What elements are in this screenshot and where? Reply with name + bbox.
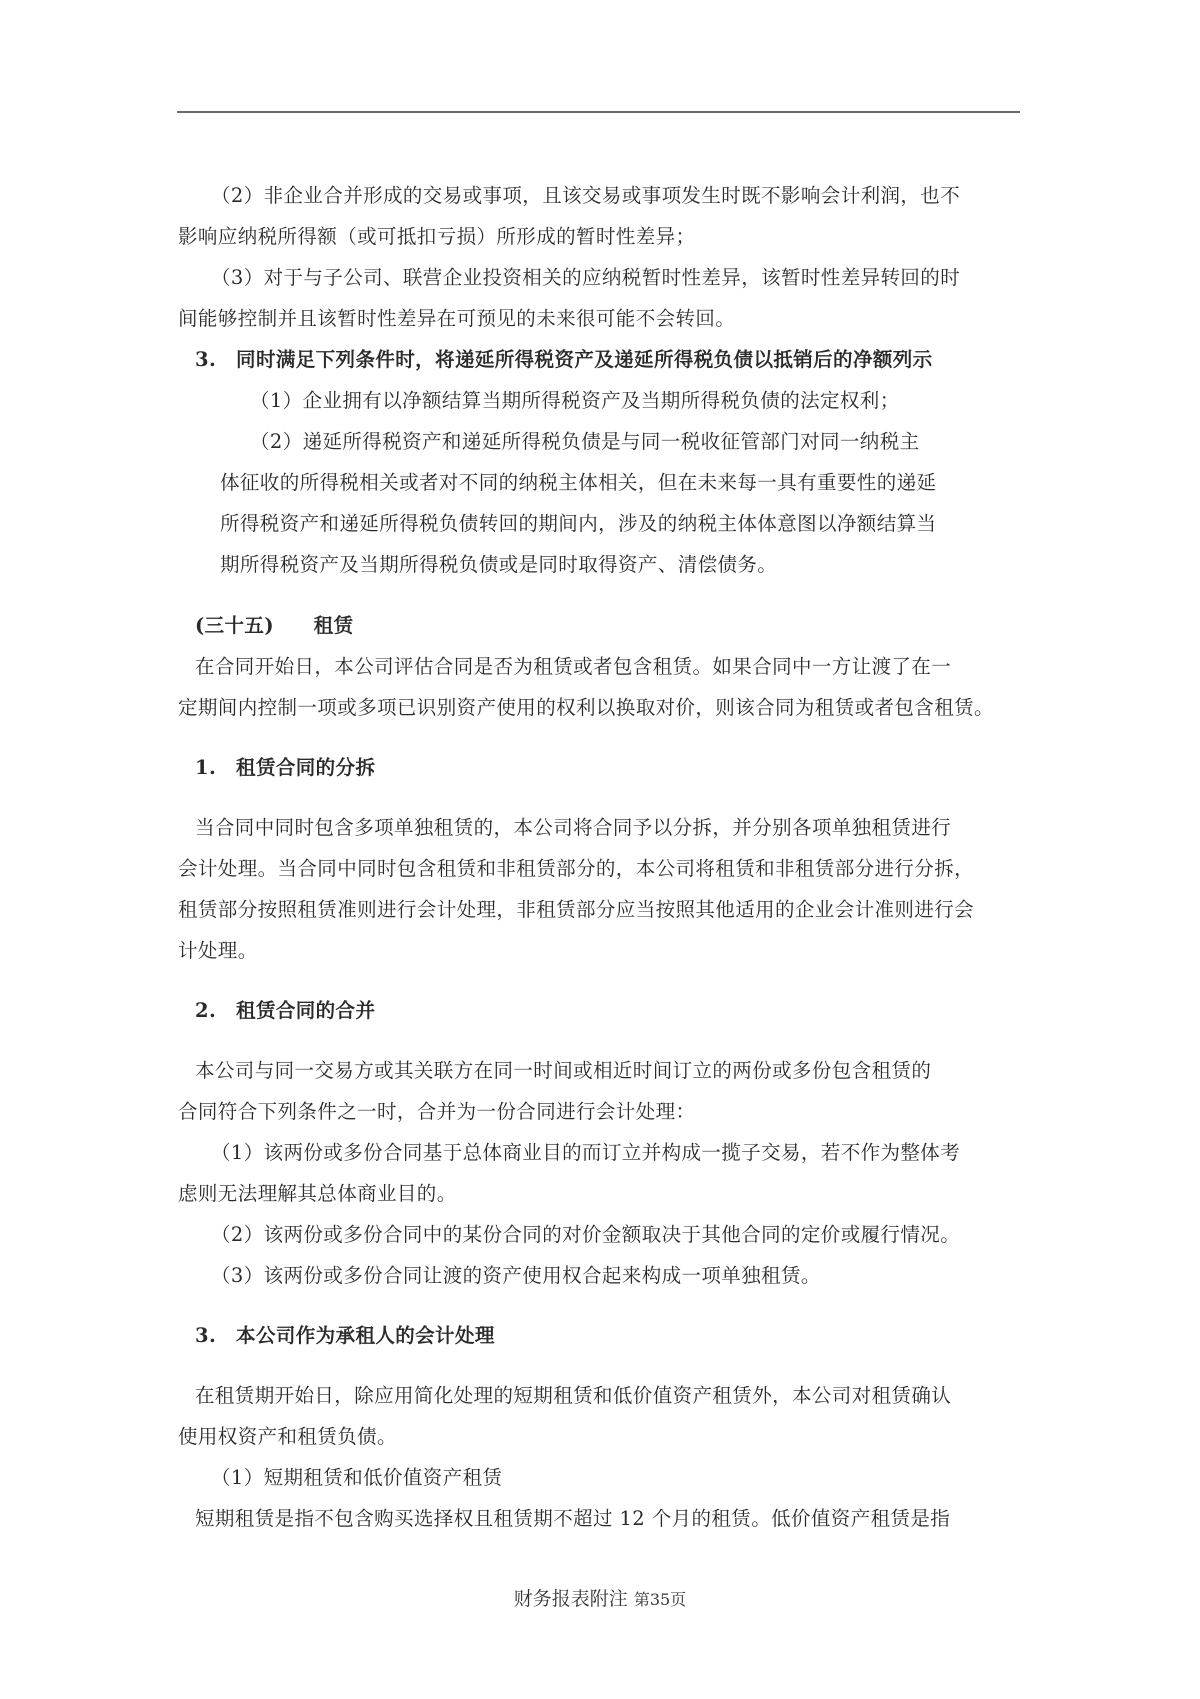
text-line: （2）非企业合并形成的交易或事项，且该交易或事项发生时既不影响会计利润，也不 [211, 183, 960, 209]
text-line: 虑则无法理解其总体商业目的。 [178, 1181, 457, 1207]
text-line: 在合同开始日，本公司评估合同是否为租赁或者包含租赁。如果合同中一方让渡了在一 [195, 654, 951, 680]
text-line: 间能够控制并且该暂时性差异在可预见的未来很可能不会转回。 [178, 306, 735, 332]
subsection-heading: 2. 租赁合同的合并 [195, 998, 375, 1024]
text-line: （2）递延所得税资产和递延所得税负债是与同一税收征管部门对同一纳税主 [250, 429, 920, 455]
page-footer: 财务报表附注第35页 [0, 1584, 1200, 1611]
page-number: 第35页 [634, 1590, 686, 1609]
text-line: 期所得税资产及当期所得税负债或是同时取得资产、清偿债务。 [220, 552, 777, 578]
text-line: 本公司与同一交易方或其关联方在同一时间或相近时间订立的两份或多份包含租赁的 [195, 1058, 931, 1084]
text-line: （3）该两份或多份合同让渡的资产使用权合起来构成一项单独租赁。 [211, 1263, 821, 1289]
text-line: 租赁部分按照租赁准则进行会计处理，非租赁部分应当按照其他适用的企业会计准则进行会 [178, 897, 974, 923]
text-line: 所得税资产和递延所得税负债转回的期间内，涉及的纳税主体体意图以净额结算当 [220, 511, 936, 537]
text-line: 计处理。 [178, 938, 258, 964]
section-title: (三十五) 租赁 [195, 613, 354, 639]
text-line: 会计处理。当合同中同时包含租赁和非租赁部分的，本公司将租赁和非租赁部分进行分拆， [178, 856, 974, 882]
text-line: 合同符合下列条件之一时，合并为一份合同进行会计处理： [178, 1099, 695, 1125]
section-heading: 3. 同时满足下列条件时，将递延所得税资产及递延所得税负债以抵销后的净额列示 [195, 347, 933, 373]
footer-title: 财务报表附注 [514, 1588, 628, 1610]
text-line: 短期租赁是指不包含购买选择权且租赁期不超过 12 个月的租赁。低价值资产租赁是指 [195, 1506, 950, 1532]
text-line: （2）该两份或多份合同中的某份合同的对价金额取决于其他合同的定价或履行情况。 [211, 1222, 960, 1248]
text-line: 在租赁期开始日，除应用简化处理的短期租赁和低价值资产租赁外，本公司对租赁确认 [195, 1383, 951, 1409]
subsection-heading: 1. 租赁合同的分拆 [195, 755, 375, 781]
text-line: 影响应纳税所得额（或可抵扣亏损）所形成的暂时性差异； [178, 224, 695, 250]
text-line: 定期间内控制一项或多项已识别资产使用的权利以换取对价，则该合同为租赁或者包含租赁… [178, 695, 994, 721]
header-rule [177, 111, 1020, 113]
text-line: 使用权资产和租赁负债。 [178, 1424, 397, 1450]
text-line: （1）短期租赁和低价值资产租赁 [211, 1465, 502, 1491]
text-line: （1）企业拥有以净额结算当期所得税资产及当期所得税负债的法定权利； [250, 388, 900, 414]
subsection-heading: 3. 本公司作为承租人的会计处理 [195, 1323, 495, 1349]
text-line: 体征收的所得税相关或者对不同的纳税主体相关，但在未来每一具有重要性的递延 [220, 470, 936, 496]
text-line: （1）该两份或多份合同基于总体商业目的而订立并构成一揽子交易，若不作为整体考 [211, 1140, 960, 1166]
text-line: （3）对于与子公司、联营企业投资相关的应纳税暂时性差异，该暂时性差异转回的时 [211, 265, 960, 291]
text-line: 当合同中同时包含多项单独租赁的，本公司将合同予以分拆，并分别各项单独租赁进行 [195, 815, 951, 841]
